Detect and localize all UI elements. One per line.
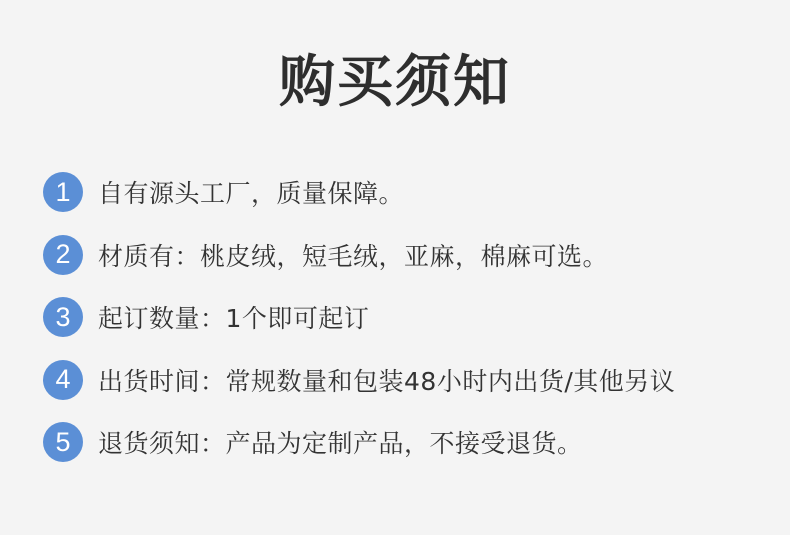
notice-item-2: 2 材质有：桃皮绒，短毛绒，亚麻，棉麻可选。: [43, 235, 675, 275]
number-badge-1: 1: [43, 172, 83, 212]
number-badge-4: 4: [43, 360, 83, 400]
notice-text-5: 退货须知：产品为定制产品，不接受退货。: [98, 424, 583, 460]
notice-text-1: 自有源头工厂，质量保障。: [98, 174, 404, 210]
notice-item-1: 1 自有源头工厂，质量保障。: [43, 172, 675, 212]
page-title: 购买须知: [0, 48, 790, 118]
notice-text-2: 材质有：桃皮绒，短毛绒，亚麻，棉麻可选。: [98, 237, 608, 273]
notice-item-4: 4 出货时间：常规数量和包装48小时内出货/其他另议: [43, 360, 675, 400]
number-badge-5: 5: [43, 422, 83, 462]
notice-text-4: 出货时间：常规数量和包装48小时内出货/其他另议: [98, 362, 675, 398]
number-badge-3: 3: [43, 297, 83, 337]
notice-item-3: 3 起订数量：1个即可起订: [43, 297, 675, 337]
notice-item-5: 5 退货须知：产品为定制产品，不接受退货。: [43, 422, 675, 462]
notice-text-3: 起订数量：1个即可起订: [98, 299, 369, 335]
notice-list: 1 自有源头工厂，质量保障。 2 材质有：桃皮绒，短毛绒，亚麻，棉麻可选。 3 …: [43, 172, 675, 485]
number-badge-2: 2: [43, 235, 83, 275]
